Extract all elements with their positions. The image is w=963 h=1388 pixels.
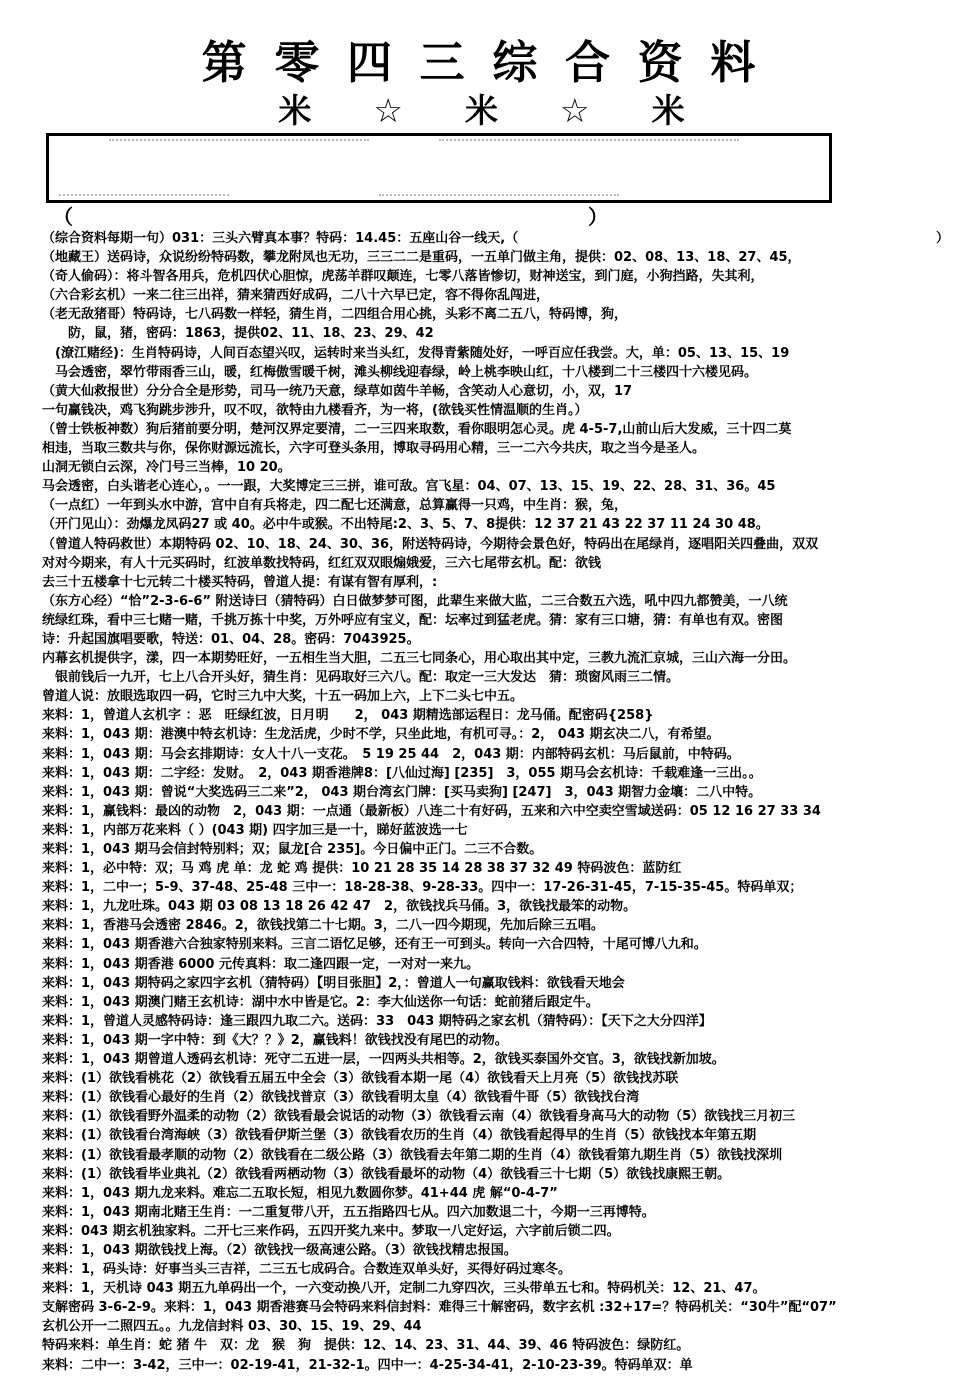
text-line: （曾道人特码救世）本期特码 02、10、18、24、30、36，附送特码诗，今期… <box>42 535 963 554</box>
text-line: （老无敌猪哥）特码诗，七八码数一样轻，猜生肖，二四组合用心挑，头彩不离二五八，特… <box>42 305 963 324</box>
page-title: 第 零 四 三 综 合 资 料 <box>0 26 963 91</box>
text-line: 来料：1，043 期香港 6000 元传真料：取二逢四跟一定，一对对一来九。 <box>42 955 963 974</box>
text-line: 来料：1，香港马会透密 2846。2，欲钱找第二十七期。3，二八一四今期现，先加… <box>42 916 963 935</box>
text-line: 对对今期来，有人十元买码时，红波单数找特码，红红双双眼煽娥爱，三六七尾带玄机。配… <box>42 554 963 573</box>
open-star-icon: ☆ <box>560 94 590 127</box>
text-line: 相违，当取三数共与你，保你财源远流长，六字可登头条用，博取寻码用心精，三一二六今… <box>42 439 963 458</box>
burst-star-icon: 米 <box>465 94 498 127</box>
content-block: （综合资料每期一句）031：三头六臂真本事？特码：14.45：五座山谷一线天,（… <box>42 229 963 1375</box>
text-line: 来料：(1）欲钱看毕业典礼（2）欲钱看两栖动物（3）欲钱看最坏的动物（4）欲钱看… <box>42 1165 963 1184</box>
text-line: 来料：1，必中特：双；马 鸡 虎 单：龙 蛇 鸡 提供：10 21 28 35 … <box>42 859 963 878</box>
decorative-symbols-row: 米 ☆ 米 ☆ 米 <box>0 91 963 129</box>
text-line: 内幕玄机提供字，漾，四一本期势旺好，一五相生当大胆，二五三七同条心，用心取出其中… <box>42 649 963 668</box>
burst-star-icon: 米 <box>652 94 685 127</box>
text-line: 特码来料：单生肖：蛇 猪 牛 双：龙 猴 狗 提供：12、14、23、31、44… <box>42 1336 963 1355</box>
text-line: 来料：1，043 期澳门赌王玄机诗：湖中水中皆是它。2：李大仙送你一句话：蛇前猪… <box>42 993 963 1012</box>
open-paren: （ <box>53 201 73 230</box>
faded-text-smudge <box>59 194 229 196</box>
text-line: 银前钱后一九开，七上八合开头好，猜生肖：见码取好三六八。配：取定一三大发达 猜：… <box>42 668 963 687</box>
text-line: 来料：1，曾道人玄机字 ：恶 旺绿红波，日月明 2， 043 期精选部运程日：龙… <box>42 706 963 725</box>
first-line-text: （综合资料每期一句）031：三头六臂真本事？特码：14.45：五座山谷一线天,（ <box>42 229 518 248</box>
text-line: （奇人偷码）：将斗智各用兵，危机四伏心胆惊，虎荡羊群叹颠连，七零八落皆惨切，财神… <box>42 267 963 286</box>
text-line: 来料：1，043 期：港澳中特玄机诗：生龙活虎，少时不学，只坐此地，有机可寻。：… <box>42 725 963 744</box>
text-line: 来料：1，赢钱料：最凶的动物 2，043 期：一点通（最新板）八连二十有好码，五… <box>42 802 963 821</box>
text-line: 来料：1，天机诗 043 期五九单码出一个，一六变动换八开，定制二九穿四次，三头… <box>42 1279 963 1298</box>
faded-text-smudge <box>439 139 739 141</box>
text-line-first: （综合资料每期一句）031：三头六臂真本事？特码：14.45：五座山谷一线天,（… <box>42 229 963 248</box>
text-line: 诗：升起国旗唱要歌，特送：01、04、28。密码：7043925。 <box>42 630 963 649</box>
faded-text-smudge <box>109 139 369 141</box>
text-line: 来料：1，043 期：马会玄排期诗：女人十八一支花。 5 19 25 44 2，… <box>42 745 963 764</box>
text-line: 来料：1，043 期九龙来料。难忘二五取长短，相见九数圆你梦。41+44 虎 解… <box>42 1184 963 1203</box>
content-lines: （地藏王）送码诗，众说纷纷特码数，攀龙附凤也无功，三三二二是重码，一五单门做主角… <box>42 248 963 1375</box>
text-line: 来料：1，043 期香港六合独家特别来料。三言二语忆足够，还有王一可到头。转向一… <box>42 935 963 954</box>
text-line: 曾道人说：放眼选取四一码，它时三九中大奖，十五一码加上六，上下二头七中五。 <box>42 687 963 706</box>
text-line: (潦江赌经)：生肖特码诗，人间百态望兴叹，运转时来当头红，发得青紫随处好，一呼百… <box>42 344 963 363</box>
lottery-info-sheet: 第 零 四 三 综 合 资 料 米 ☆ 米 ☆ 米 （ ） （综合资料每期一句）… <box>0 0 963 1388</box>
text-line: 来料：1，043 期南北赌王生肖：一二重复带八开，五五指路四七从。四六加数退二十… <box>42 1203 963 1222</box>
text-line: 玄机公开一二照四五。。九龙信封料 03、30、15、19、29、44 <box>42 1317 963 1336</box>
text-line: 来料：(1）欲钱看最孝顺的动物（2）欲钱看在二级公路（3）欲钱看去年第二期的生肖… <box>42 1146 963 1165</box>
text-line: 来料：1，九龙吐珠。043 期 03 08 13 18 26 42 47 2，欲… <box>42 897 963 916</box>
text-line: 来料：1，043 期一字中特：到《大？？》2，赢钱料！欲钱找没有尾巴的动物。 <box>42 1031 963 1050</box>
text-line: （地藏王）送码诗，众说纷纷特码数，攀龙附凤也无功，三三二二是重码，一五单门做主角… <box>42 248 963 267</box>
text-line: 来料：1，043 期：曾说“大奖选码三二来”2， 043 期台湾玄门牌：[买马卖… <box>42 783 963 802</box>
text-line: 来料：(1）欲钱看心最好的生肖（2）欲钱找普京（3）欲钱看明太皇（4）欲钱看牛哥… <box>42 1088 963 1107</box>
faded-text-smudge <box>379 194 619 196</box>
text-line: 来料：(1）欲钱看桃花（2）欲钱看五届五中全会（3）欲钱看本期一尾（4）欲钱看天… <box>42 1069 963 1088</box>
close-paren: ） <box>588 201 608 230</box>
text-line: 统绿红珠，看中三七赌一赌，千挑万拣十中奖，万外呼应有宝义，配：坛率过到猛老虎。猜… <box>42 611 963 630</box>
text-line: 来料：1，内部万花来料（ ）(043 期) 四字加三是一十，睇好蓝波选一七 <box>42 821 963 840</box>
text-line: 来料：二中一：3-42，三中一：02-19-41，21-32-1。四中一：4-2… <box>42 1356 963 1375</box>
text-line: （一点红）一年到头水中游，宫中自有兵将走，四二配七还满意，总算赢得一只鸡，中生肖… <box>42 496 963 515</box>
burst-star-icon: 米 <box>278 94 311 127</box>
text-line: （曾士铁板神数）狗后猪前要分明，楚河汉界定要清，二一三四来取数，看你眼明怎心灵。… <box>42 420 963 439</box>
text-line: 来料：1，043 期特码之家四字玄机（猜特码）【明目张胆】2，：曾道人一句赢取钱… <box>42 974 963 993</box>
empty-notice-box <box>46 133 832 203</box>
text-line: 来料：1，043 期曾道人透码玄机诗：死守二五进一层，一四两头共相等。2，欲钱买… <box>42 1050 963 1069</box>
text-line: 来料：1，043 期：二字经：发财。 2，043 期香港牌8：[八仙过海] [2… <box>42 764 963 783</box>
text-line: 来料：1，043 期欲钱找上海。（2）欲钱找一级高速公路。（3）欲钱找精忠报国。 <box>42 1241 963 1260</box>
text-line: 防，鼠，猪，密码：1863，提供02、11、18、23、29、42 <box>42 324 963 343</box>
text-line: 支解密码 3-6-2-9。来料：1，043 期香港赛马会特码来料信封料：难得三十… <box>42 1298 963 1317</box>
under-box-parentheses: （ ） <box>0 203 963 227</box>
text-line: 一句赢钱决，鸡飞狗跳步涉升，叹不叹，欲特由九楼看齐，为一将，(欲钱买性情温顺的生… <box>42 401 963 420</box>
text-line: 马会透密，翠竹带雨香三山，暖，红梅傲雪暖千树，滩头柳线迎春绿，岭上桃李映山红，十… <box>42 363 963 382</box>
text-line: （黄大仙救报世）分分合全是形势，司马一统乃天意，绿草如茵牛羊畅，含笑动人心意切，… <box>42 382 963 401</box>
text-line: 来料：043 期玄机独家料。二开七三来作码，五四开奖九来中。梦取一八定好运，六字… <box>42 1222 963 1241</box>
first-line-close-paren: ） <box>936 229 949 248</box>
open-star-icon: ☆ <box>373 94 403 127</box>
text-line: 来料：1，曾道人灵感特码诗：逢三跟四九取二六。送码：33 043 期特码之家玄机… <box>42 1012 963 1031</box>
text-line: 去三十五楼拿十七元转二十楼买特码，曾道人提：有谋有智有厚利，: <box>42 573 963 592</box>
text-line: 来料：1，二中一；5-9、37-48、25-48 三中一：18-28-38、9-… <box>42 878 963 897</box>
text-line: 山洞无锁白云深，冷门号三当棒，10 20。 <box>42 458 963 477</box>
text-line: （六合彩玄机）一来二往三出祥，猜来猜西好成码，二八十六早已定，容不得你乱闯进， <box>42 286 963 305</box>
text-line: 来料：(1）欲钱看野外温柔的动物（2）欲钱看最会说话的动物（3）欲钱看云南（4）… <box>42 1107 963 1126</box>
text-line: 来料：1，码头诗：好事当头三吉祥，二三五七成码合。合数连双单头好，买得好码过寒冬… <box>42 1260 963 1279</box>
text-line: 马会透密，白头谐老心连心，。一一跟，大奖博定三三拼，谁可敌。宫飞星：04、07、… <box>42 477 963 496</box>
text-line: （开门见山）：劲爆龙凤码27 或 40。必中牛或猴。不出特尾:2、3、5、7、8… <box>42 515 963 534</box>
text-line: 来料：1，043 期马会信封特别料；双；鼠龙[合 235]。今日偏中正门。二三不… <box>42 840 963 859</box>
text-line: （东方心经）“恰”2-3-6-6” 附送诗曰（猜特码）白日做梦梦可图，此辈生来做… <box>42 592 963 611</box>
text-line: 来料：(1）欲钱看台湾海峡（3）欲钱看伊斯兰堡（3）欲钱看农历的生肖（4）欲钱看… <box>42 1126 963 1145</box>
